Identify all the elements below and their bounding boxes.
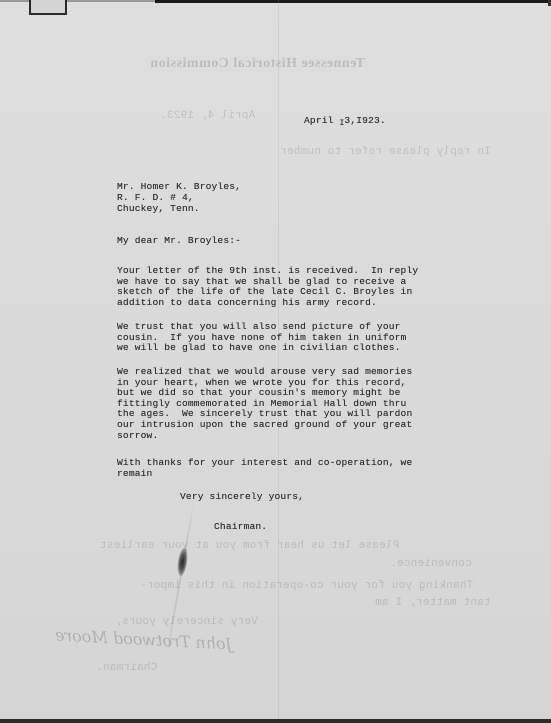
scan-edge-top-dark bbox=[155, 0, 551, 3]
bleed-line: tant matter, I am bbox=[375, 597, 491, 609]
scan-edge-bottom bbox=[0, 719, 551, 723]
paragraph-line: sorrow. bbox=[117, 431, 457, 442]
scanned-letter-page: Tennessee Historical Commission April 4,… bbox=[0, 0, 551, 723]
bleed-reference: In reply please refer to number bbox=[280, 146, 491, 158]
bleed-line: Very sincerely yours, bbox=[115, 616, 258, 628]
recipient-city: Chuckey, Tenn. bbox=[117, 204, 200, 215]
salutation: My dear Mr. Broyles:- bbox=[117, 236, 241, 247]
bleed-letterhead: Tennessee Historical Commission bbox=[150, 56, 365, 72]
bleed-line: Please let us hear from you at your earl… bbox=[100, 540, 399, 552]
bleed-signature: John Trotwood Moore bbox=[55, 625, 233, 653]
paragraph-3: We realized that we would arouse very sa… bbox=[117, 367, 457, 441]
closing: Very sincerely yours, bbox=[180, 492, 304, 503]
paragraph-line: Your letter of the 9th inst. is received… bbox=[117, 266, 457, 277]
recipient-address: R. F. D. # 4, bbox=[117, 193, 194, 204]
bleed-line: Thanking you for your co-operation in th… bbox=[140, 580, 473, 592]
paper-clip-tab bbox=[29, 0, 67, 15]
signature-title: Chairman. bbox=[214, 522, 267, 533]
fold-crease bbox=[278, 0, 279, 723]
paragraph-1: Your letter of the 9th inst. is received… bbox=[117, 266, 457, 308]
recipient-name: Mr. Homer K. Broyles, bbox=[117, 182, 241, 193]
paragraph-line: With thanks for your interest and co-ope… bbox=[117, 458, 457, 469]
paragraph-line: remain bbox=[117, 469, 457, 480]
paragraph-line: We realized that we would arouse very sa… bbox=[117, 367, 457, 378]
bleed-line: Chairman. bbox=[96, 662, 157, 674]
paragraph-2: We trust that you will also send picture… bbox=[117, 322, 457, 354]
scan-edge-top bbox=[0, 0, 155, 2]
paragraph-4: With thanks for your interest and co-ope… bbox=[117, 458, 457, 479]
paragraph-line: we will be glad to have one in civilian … bbox=[117, 343, 457, 354]
bleed-date: April 4, 1923. bbox=[160, 110, 255, 122]
paragraph-line: our intrusion upon the sacred ground of … bbox=[117, 420, 457, 431]
bleed-line: convenience. bbox=[390, 558, 472, 570]
paragraph-line: We trust that you will also send picture… bbox=[117, 322, 457, 333]
letter-date: April I3,I923. bbox=[304, 116, 386, 128]
paragraph-line: addition to data concerning his army rec… bbox=[117, 298, 457, 309]
